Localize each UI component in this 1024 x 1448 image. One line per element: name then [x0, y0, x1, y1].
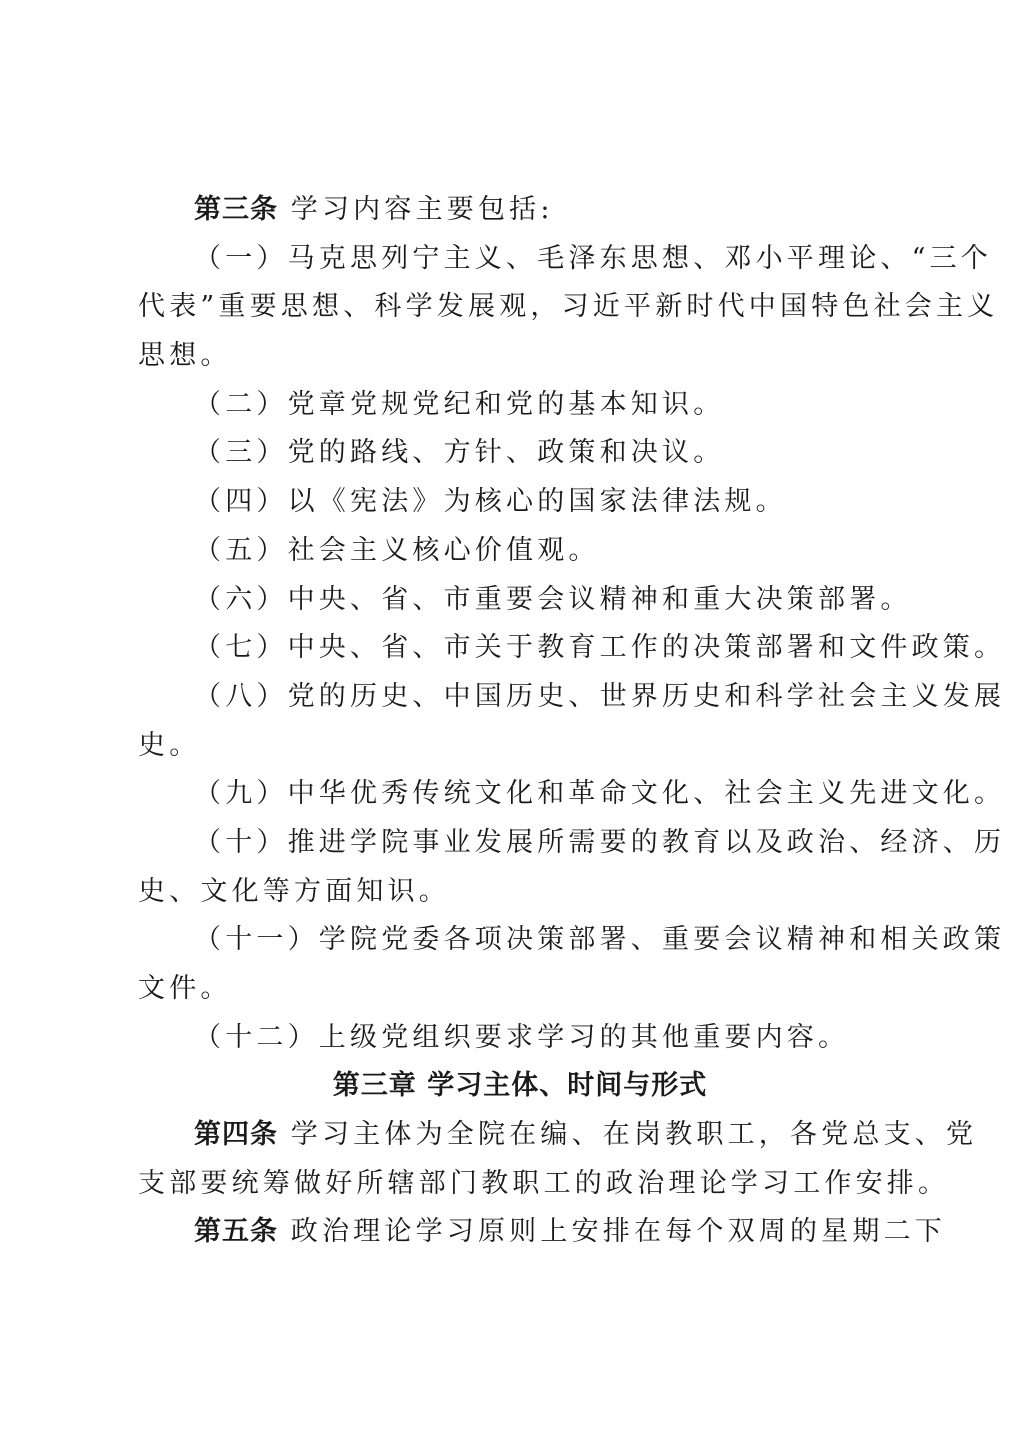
list-item-7: （七）中央、省、市关于教育工作的决策部署和文件政策。	[138, 624, 896, 673]
list-item-4: （四）以《宪法》为核心的国家法律法规。	[138, 478, 896, 527]
list-item-11-line-2: 文件。	[138, 965, 896, 1014]
list-item-8-line-2: 史。	[138, 722, 896, 771]
article-4-line-1: 第四条 学习主体为全院在编、在岗教职工，各党总支、党	[138, 1111, 896, 1160]
article-5-text: 政治理论学习原则上安排在每个双周的星期二下	[278, 1216, 946, 1247]
list-item-10-line-1: （十）推进学院事业发展所需要的教育以及政治、经济、历	[138, 819, 896, 868]
list-item-2: （二）党章党规党纪和党的基本知识。	[138, 381, 896, 430]
list-item-6: （六）中央、省、市重要会议精神和重大决策部署。	[138, 576, 896, 625]
list-item-3: （三）党的路线、方针、政策和决议。	[138, 429, 896, 478]
list-item-1-line-3: 思想。	[138, 332, 896, 381]
chapter-3-title: 第三章 学习主体、时间与形式	[138, 1062, 896, 1111]
list-item-10-line-2: 史、文化等方面知识。	[138, 868, 896, 917]
article-3-label: 第三条	[194, 194, 278, 225]
list-item-5: （五）社会主义核心价值观。	[138, 527, 896, 576]
article-4-line-2: 支部要统筹做好所辖部门教职工的政治理论学习工作安排。	[138, 1160, 896, 1209]
article-4-label: 第四条	[194, 1119, 278, 1150]
list-item-1-line-1: （一）马克思列宁主义、毛泽东思想、邓小平理论、“三个	[138, 235, 896, 284]
article-3-heading: 第三条 学习内容主要包括:	[138, 186, 896, 235]
article-3-intro: 学习内容主要包括:	[278, 194, 554, 225]
list-item-8-line-1: （八）党的历史、中国历史、世界历史和科学社会主义发展	[138, 673, 896, 722]
document-page: 第三条 学习内容主要包括: （一）马克思列宁主义、毛泽东思想、邓小平理论、“三个…	[138, 186, 896, 1257]
article-5-line-1: 第五条 政治理论学习原则上安排在每个双周的星期二下	[138, 1208, 896, 1257]
article-4-text: 学习主体为全院在编、在岗教职工，各党总支、党	[278, 1119, 977, 1150]
list-item-9: （九）中华优秀传统文化和革命文化、社会主义先进文化。	[138, 770, 896, 819]
list-item-1-line-2: 代表”重要思想、科学发展观，习近平新时代中国特色社会主义	[138, 283, 896, 332]
list-item-11-line-1: （十一）学院党委各项决策部署、重要会议精神和相关政策	[138, 916, 896, 965]
article-5-label: 第五条	[194, 1216, 278, 1247]
list-item-12: （十二）上级党组织要求学习的其他重要内容。	[138, 1014, 896, 1063]
